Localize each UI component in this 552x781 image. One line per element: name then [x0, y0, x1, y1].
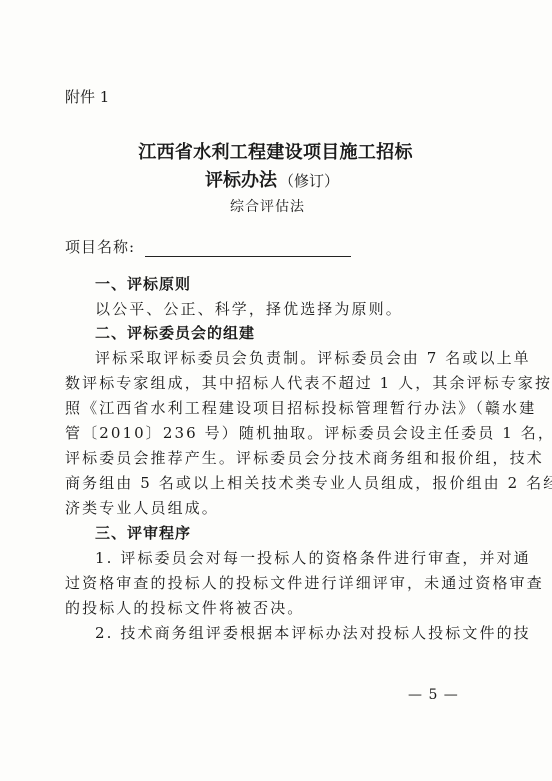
title-line-2: 评标办法 [205, 170, 277, 191]
section-heading-committee: 二、评标委员会的组建 [95, 321, 490, 346]
section-heading-procedure: 三、评审程序 [95, 521, 490, 546]
attachment-label: 附件 1 [65, 86, 109, 107]
paragraph-line: 商务组由 5 名或以上相关技术类专业人员组成，报价组由 2 名经 [65, 471, 490, 496]
paragraph-line: 数评标专家组成，其中招标人代表不超过 1 人，其余评标专家按 [65, 371, 490, 396]
project-name-row: 项目名称: [65, 236, 351, 257]
paragraph-line: 照《江西省水利工程建设项目招标投标管理暂行办法》（赣水建 [65, 396, 490, 421]
paragraph-line: 的投标人的投标文件将被否决。 [65, 596, 490, 621]
paragraph-line: 1. 评标委员会对每一投标人的资格条件进行审查，并对通 [95, 546, 490, 571]
document-subtitle: 综合评估法 [230, 196, 305, 216]
paragraph-line: 以公平、公正、科学，择优选择为原则。 [95, 297, 490, 322]
title-revision-note: （修订） [279, 172, 339, 190]
section-heading-principles: 一、评标原则 [95, 272, 490, 297]
paragraph-line: 2. 技术商务组评委根据本评标办法对投标人投标文件的技 [95, 621, 490, 646]
paragraph-line: 济类专业人员组成。 [65, 496, 490, 521]
paragraph-line: 评标采取评标委员会负责制。评标委员会由 7 名或以上单 [95, 346, 490, 371]
paragraph-line: 评标委员会推荐产生。评标委员会分技术商务组和报价组，技术 [65, 446, 490, 471]
project-name-label: 项目名称: [65, 236, 135, 257]
title-line-1: 江西省水利工程建设项目施工招标 [138, 142, 413, 163]
page-number: — 5 — [408, 687, 459, 703]
project-name-field[interactable] [145, 240, 351, 257]
paragraph-line: 过资格审查的投标人的投标文件进行详细评审，未通过资格审查 [65, 571, 490, 596]
paragraph-line: 管〔2010〕236 号）随机抽取。评标委员会设主任委员 1 名，由 [65, 421, 490, 446]
document-title-line-2: 评标办法（修订） [205, 166, 339, 192]
document-title: 江西省水利工程建设项目施工招标 [0, 138, 552, 164]
